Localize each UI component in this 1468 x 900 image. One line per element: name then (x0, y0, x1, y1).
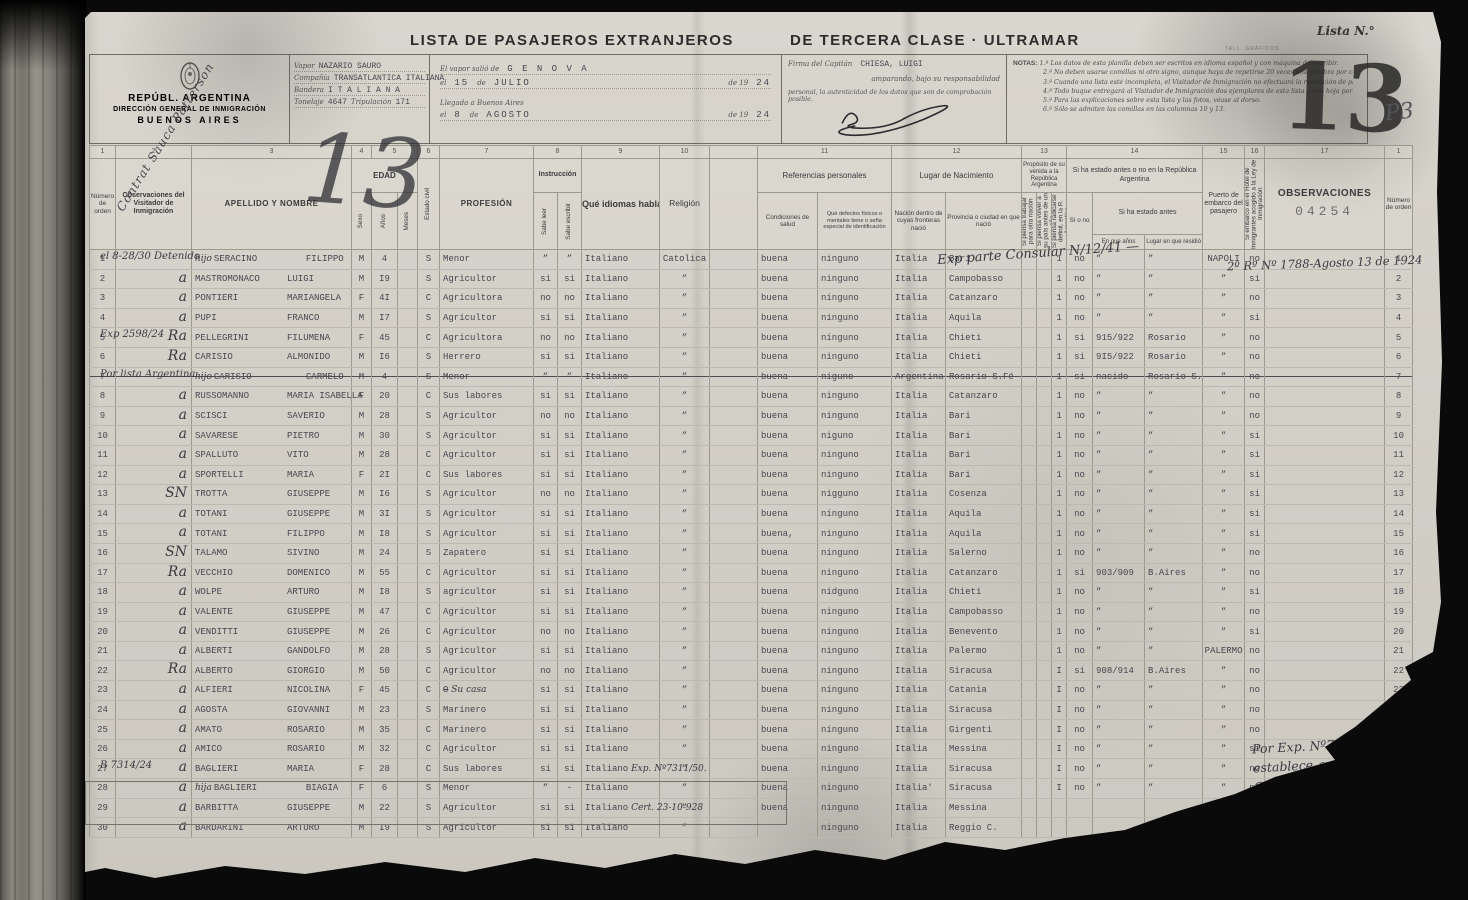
col-hotel-inmigrantes: Si embarcó en el Hotel de Inmigrantes ac… (1245, 159, 1265, 250)
cell-ho: no (1245, 563, 1265, 583)
cell-p1 (1022, 779, 1037, 799)
cell-sp (710, 269, 758, 289)
cell-rl: ” (660, 622, 710, 642)
cell-ob (1265, 681, 1385, 701)
cell-prof: Menor (440, 250, 534, 270)
cell-la (1145, 798, 1203, 818)
cell-p3: I (1052, 720, 1067, 740)
cell-n: 6 (90, 347, 116, 367)
cell-an: I6 (372, 485, 398, 505)
cell-p2 (1037, 504, 1052, 524)
cell-df: ninguno (818, 759, 892, 779)
cell-pt: ” (1203, 681, 1245, 701)
cell-sa: buena (758, 347, 818, 367)
cell-ec: si (558, 465, 582, 485)
cell-ho: si (1245, 583, 1265, 603)
cell-ob (1265, 779, 1385, 799)
cell-prof: Agricultor (440, 269, 534, 289)
cell-n2: 15 (1385, 524, 1413, 544)
cell-name: PELLEGRINIFILUMENA (192, 328, 352, 348)
cell-v: Ra (116, 347, 192, 367)
passenger-row: 23aALFIERINICOLINAF45CO Su casasisiItali… (90, 681, 1413, 701)
cell-n: 23 (90, 681, 116, 701)
cell-aa: ” (1093, 602, 1145, 622)
cell-rl: ” (660, 426, 710, 446)
cell-pt: ” (1203, 720, 1245, 740)
cell-na: Italia (892, 543, 946, 563)
cell-sa: buena (758, 739, 818, 759)
cell-la: Rosario (1145, 347, 1203, 367)
cell-n2: 3 (1385, 289, 1413, 309)
cell-an: 23 (372, 700, 398, 720)
cell-rl: ” (660, 465, 710, 485)
cell-pv: Aquila (946, 308, 1022, 328)
passenger-rows: 1el 8-28/30 DetenidohijoSERACINOFILIPPOM… (90, 250, 1413, 838)
cell-ob (1265, 818, 1385, 838)
cell-sx: M (352, 406, 372, 426)
cell-ec: si (558, 739, 582, 759)
cell-id: Italiano (582, 328, 660, 348)
cell-p3: 1 (1052, 347, 1067, 367)
cell-p2 (1037, 661, 1052, 681)
passenger-row: 12aSPORTELLIMARIAF2ICSus laboressisiItal… (90, 465, 1413, 485)
cell-name: ALFIERINICOLINA (192, 681, 352, 701)
cell-prof: Zapatero (440, 543, 534, 563)
cell-ob (1265, 269, 1385, 289)
cell-p3: 1 (1052, 426, 1067, 446)
passenger-row: 25aAMATOROSARIOM35CMarinerosisiItaliano”… (90, 720, 1413, 740)
cell-v: a (116, 524, 192, 544)
cell-an: 28 (372, 406, 398, 426)
cell-aa: ” (1093, 720, 1145, 740)
salida-port: G E N O V A (507, 64, 588, 74)
cell-prof: Menor (440, 367, 534, 387)
cell-rl: ” (660, 602, 710, 622)
cell-pt: ” (1203, 700, 1245, 720)
col-estado-antes-group: Si ha estado antes o no en la República … (1067, 159, 1203, 193)
cell-sx: F (352, 328, 372, 348)
passenger-row: 8aRUSSOMANNOMARIA ISABELLAF20CSus labore… (90, 387, 1413, 407)
cell-ob (1265, 426, 1385, 446)
cell-la: ” (1145, 700, 1203, 720)
cell-p2 (1037, 485, 1052, 505)
cell-sp (710, 406, 758, 426)
cell-le: si (534, 681, 558, 701)
cell-ho: no (1245, 387, 1265, 407)
cell-ho: no (1245, 543, 1265, 563)
cell-prof: Agricultor (440, 504, 534, 524)
cell-rl: ” (660, 445, 710, 465)
cell-la: Rosario (1145, 328, 1203, 348)
cell-ob (1265, 700, 1385, 720)
cell-ho: no (1245, 347, 1265, 367)
cell-p3: I (1052, 661, 1067, 681)
cell-aa: ” (1093, 426, 1145, 446)
cell-na: Italia (892, 485, 946, 505)
cell-si: no (1067, 465, 1093, 485)
cell-me (398, 289, 418, 309)
cell-si: no (1067, 739, 1093, 759)
cell-p2 (1037, 798, 1052, 818)
cell-df: ninguno (818, 818, 892, 838)
cell-ec: si (558, 543, 582, 563)
cell-na: Italia (892, 328, 946, 348)
cell-p2 (1037, 328, 1052, 348)
cell-an: 20 (372, 387, 398, 407)
cell-sp (710, 543, 758, 563)
cell-la: ” (1145, 779, 1203, 799)
cell-name: SPORTELLIMARIA (192, 465, 352, 485)
cell-name: PONTIERIMARIANGELA (192, 289, 352, 309)
cell-si: no (1067, 485, 1093, 505)
tonelaje-label: Tonelaje (294, 98, 324, 106)
cell-pv: Siracusa (946, 779, 1022, 799)
pencil-box-rows-27-28 (85, 781, 787, 825)
cell-v: a (116, 406, 192, 426)
cell-df: ninguno (818, 779, 892, 799)
cell-ob (1265, 622, 1385, 642)
cell-ho: si (1245, 504, 1265, 524)
cell-p2 (1037, 406, 1052, 426)
cell-la: B.Aires (1145, 661, 1203, 681)
cell-id: Italiano (582, 485, 660, 505)
cell-si: no (1067, 426, 1093, 446)
passenger-table: 1 2 3 4 5 6 7 8 9 10 11 12 13 14 15 16 1… (89, 145, 1413, 838)
captain-box: Firma del CapitánCHIESA, LUIGI amparando… (782, 55, 1007, 143)
cell-pt: ” (1203, 739, 1245, 759)
cell-name: VECCHIODOMENICO (192, 563, 352, 583)
cell-na: Italia (892, 583, 946, 603)
cell-prof: Agricultora (440, 289, 534, 309)
cell-es: C (418, 759, 440, 779)
cell-aa: ” (1093, 524, 1145, 544)
cell-an: 4 (372, 367, 398, 387)
cell-ec: si (558, 269, 582, 289)
cell-si: si (1067, 661, 1093, 681)
cell-me (398, 250, 418, 270)
cell-es: S (418, 583, 440, 603)
cell-pv: Messina (946, 739, 1022, 759)
scanned-passenger-list: { "page": { "title_main": "LISTA DE PASA… (0, 0, 1468, 900)
printer-mark: TALL. GRÁFICOS (1225, 46, 1279, 52)
cell-p1 (1022, 445, 1037, 465)
cell-me (398, 524, 418, 544)
cell-v: a (116, 308, 192, 328)
cell-es: C (418, 739, 440, 759)
cell-sa: buena (758, 465, 818, 485)
cell-si: no (1067, 269, 1093, 289)
cell-ec: si (558, 387, 582, 407)
cell-p1 (1022, 563, 1037, 583)
cell-le: si (534, 269, 558, 289)
col-numero-orden-2: Número de orden (1385, 159, 1413, 250)
cell-df: nigguno (818, 485, 892, 505)
cell-name: ALBERTIGANDOLFO (192, 641, 352, 661)
cell-p3: 1 (1052, 641, 1067, 661)
cell-df: ninguno (818, 308, 892, 328)
passenger-row: 20aVENDITTIGIUSEPPEM26CAgricultornonoIta… (90, 622, 1413, 642)
cell-es: S (418, 250, 440, 270)
cell-p2 (1037, 543, 1052, 563)
cell-p3: 1 (1052, 289, 1067, 309)
cell-si: no (1067, 445, 1093, 465)
cell-pv: Campobasso (946, 602, 1022, 622)
cell-na: Italia (892, 798, 946, 818)
cell-sx: M (352, 485, 372, 505)
llegada-label: Llegada a Buenos Aires (440, 99, 524, 107)
cell-ho: no (1245, 661, 1265, 681)
cell-p1 (1022, 641, 1037, 661)
cell-sa: buena (758, 308, 818, 328)
cell-aa: ” (1093, 700, 1145, 720)
cell-na: Italia (892, 739, 946, 759)
cell-name: SAVARESEPIETRO (192, 426, 352, 446)
cell-p3: 1 (1052, 367, 1067, 387)
cell-ob (1265, 308, 1385, 328)
cell-p2 (1037, 720, 1052, 740)
cell-me (398, 308, 418, 328)
handwritten-list-number: 13 (300, 120, 429, 224)
cell-v: B 7314/24a (116, 759, 192, 779)
cell-n2: 11 (1385, 445, 1413, 465)
cell-aa: ” (1093, 406, 1145, 426)
cell-id: Italiano (582, 543, 660, 563)
cell-si: no (1067, 759, 1093, 779)
cell-n2: 13 (1385, 485, 1413, 505)
cell-an: 28 (372, 759, 398, 779)
cell-me (398, 563, 418, 583)
cell-es: C (418, 602, 440, 622)
cell-p1 (1022, 602, 1037, 622)
cell-id: Italiano (582, 681, 660, 701)
cell-an: 50 (372, 661, 398, 681)
cell-df: ninguno (818, 622, 892, 642)
cell-pt: ” (1203, 602, 1245, 622)
cell-id: Italiano (582, 504, 660, 524)
cell-sx: M (352, 622, 372, 642)
cell-n2: 4 (1385, 308, 1413, 328)
cell-sp (710, 661, 758, 681)
cell-sx: M (352, 250, 372, 270)
cell-prof: Agricultor (440, 641, 534, 661)
cell-p1 (1022, 543, 1037, 563)
cell-si: no (1067, 308, 1093, 328)
cell-n: 25 (90, 720, 116, 740)
book-spine (0, 0, 86, 900)
cell-ho: si (1245, 622, 1265, 642)
cell-aa: ” (1093, 681, 1145, 701)
col-religion: Religión (660, 159, 710, 250)
llegada-dia: 8 (454, 110, 461, 120)
cell-df: ninguno (818, 445, 892, 465)
cell-prof: Agricultor (440, 563, 534, 583)
cell-le: no (534, 328, 558, 348)
cell-es: C (418, 387, 440, 407)
cell-ho: no (1245, 406, 1265, 426)
cell-le: si (534, 563, 558, 583)
cell-aa: ” (1093, 739, 1145, 759)
cell-p3 (1052, 798, 1067, 818)
cell-rl: ” (660, 700, 710, 720)
cell-id: Italiano (582, 641, 660, 661)
cell-ob (1265, 563, 1385, 583)
cell-p3: 1 (1052, 563, 1067, 583)
cell-aa: 903/909 (1093, 563, 1145, 583)
cell-p2 (1037, 524, 1052, 544)
cell-v: a (116, 445, 192, 465)
cell-sx: M (352, 720, 372, 740)
cell-pv: Siracusa (946, 759, 1022, 779)
cell-p1 (1022, 759, 1037, 779)
cell-ob (1265, 445, 1385, 465)
col-si-o-no: Sí o no (1067, 193, 1093, 250)
cell-id: Italiano (582, 347, 660, 367)
cell-si: si (1067, 328, 1093, 348)
cell-prof: Agricultora (440, 328, 534, 348)
cell-aa: ” (1093, 641, 1145, 661)
cell-es: S (418, 347, 440, 367)
cell-sx: M (352, 661, 372, 681)
cell-sp (710, 583, 758, 603)
cell-ho: no (1245, 602, 1265, 622)
cell-sp (710, 367, 758, 387)
cell-p2 (1037, 641, 1052, 661)
cell-pt: ” (1203, 661, 1245, 681)
vapor-label: Vapor (294, 62, 315, 70)
cell-le: si (534, 641, 558, 661)
cell-an: I7 (372, 308, 398, 328)
cell-n2: 21 (1385, 641, 1413, 661)
cell-pv: Catanzaro (946, 387, 1022, 407)
cell-v: a (116, 720, 192, 740)
cell-an: 24 (372, 543, 398, 563)
col-lugar-nacimiento-group: Lugar de Nacimiento (892, 159, 1022, 193)
cell-n2: 24 (1385, 700, 1413, 720)
cell-rl: ” (660, 347, 710, 367)
cell-ob (1265, 641, 1385, 661)
cell-id: Italiano (582, 465, 660, 485)
cell-si: no (1067, 583, 1093, 603)
cell-p1 (1022, 818, 1037, 838)
cell-id: Italiano (582, 700, 660, 720)
cell-si: no (1067, 641, 1093, 661)
cell-p2 (1037, 347, 1052, 367)
cell-me (398, 328, 418, 348)
cell-sx: M (352, 524, 372, 544)
cell-na: Italia (892, 720, 946, 740)
cell-prof: Marinero (440, 700, 534, 720)
cell-me (398, 445, 418, 465)
cell-v: el 8-28/30 Detenido (116, 250, 192, 270)
cell-pt: ” (1203, 347, 1245, 367)
cell-p1 (1022, 269, 1037, 289)
cell-name: SCISCISAVERIO (192, 406, 352, 426)
cell-pt: ” (1203, 504, 1245, 524)
cell-an: 2I (372, 465, 398, 485)
cell-pv: Siracusa (946, 661, 1022, 681)
col-numero-orden: Número de orden (90, 159, 116, 250)
cell-p3: 1 (1052, 543, 1067, 563)
cell-le: si (534, 347, 558, 367)
cell-sa: buena (758, 681, 818, 701)
cell-sa: buena (758, 328, 818, 348)
cell-ho (1245, 798, 1265, 818)
cell-si: no (1067, 622, 1093, 642)
cell-sx: F (352, 289, 372, 309)
salida-anio: 24 (756, 78, 771, 88)
cell-aa: ” (1093, 779, 1145, 799)
cell-an: 26 (372, 622, 398, 642)
cell-sx: M (352, 641, 372, 661)
cell-an: I9 (372, 269, 398, 289)
cell-si: no (1067, 387, 1093, 407)
cell-le: si (534, 602, 558, 622)
cell-n2: 7 (1385, 367, 1413, 387)
cell-p3: 1 (1052, 485, 1067, 505)
cell-p2 (1037, 779, 1052, 799)
bandera-value: I T A L I A N A (328, 86, 400, 95)
cell-la: ” (1145, 739, 1203, 759)
salida-label: El vapor salió de (440, 65, 499, 73)
cell-name: ALBERTOGIORGIO (192, 661, 352, 681)
cell-sp (710, 308, 758, 328)
cell-p1 (1022, 700, 1037, 720)
cell-sp (710, 700, 758, 720)
cell-n: 20 (90, 622, 116, 642)
cell-si: no (1067, 720, 1093, 740)
cell-v: a (116, 504, 192, 524)
cell-df: ninguno (818, 347, 892, 367)
cell-na: Italia' (892, 779, 946, 799)
col-proposito-3: Si piensa radicarse definit. en la R. Ar… (1052, 193, 1067, 250)
cell-es: C (418, 720, 440, 740)
cell-pt: ” (1203, 543, 1245, 563)
cell-me (398, 622, 418, 642)
cell-name: TOTANIFILIPPO (192, 524, 352, 544)
cell-p2 (1037, 739, 1052, 759)
cell-p1 (1022, 485, 1037, 505)
cell-ob (1265, 543, 1385, 563)
cell-ob (1265, 387, 1385, 407)
cell-me (398, 661, 418, 681)
cell-rl: ” (660, 543, 710, 563)
cell-p3: 1 (1052, 387, 1067, 407)
cell-pt: PALERMO (1203, 641, 1245, 661)
cell-ob (1265, 289, 1385, 309)
cell-n2: 5 (1385, 328, 1413, 348)
cell-v: a (116, 602, 192, 622)
cell-p1 (1022, 465, 1037, 485)
cell-na: Italia (892, 759, 946, 779)
cell-le: si (534, 504, 558, 524)
cell-pv: Salerno (946, 543, 1022, 563)
cell-v: a (116, 289, 192, 309)
cell-df: ninguno (818, 681, 892, 701)
cell-an: I8 (372, 524, 398, 544)
col-sabe-leer: Sabe leer (534, 193, 558, 250)
cell-pt: ” (1203, 779, 1245, 799)
cell-ec: si (558, 347, 582, 367)
cell-id: Italiano (582, 250, 660, 270)
cell-df: ninguno (818, 641, 892, 661)
cell-na: Italia (892, 308, 946, 328)
cell-df: ninguno (818, 504, 892, 524)
cell-sx: M (352, 543, 372, 563)
cell-sa: buena (758, 250, 818, 270)
cell-p1 (1022, 681, 1037, 701)
cell-pt: ” (1203, 524, 1245, 544)
cell-la: ” (1145, 308, 1203, 328)
